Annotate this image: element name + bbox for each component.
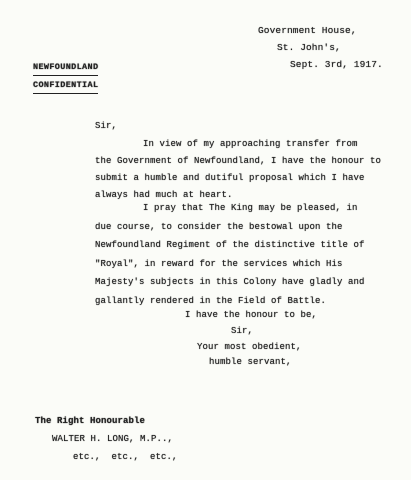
salutation: Sir,: [95, 121, 117, 132]
paragraph-2-line: "Royal", in reward for the services whic…: [95, 255, 395, 274]
classification-confidential: CONFIDENTIAL: [33, 80, 98, 94]
closing-line-sir: Sir,: [231, 326, 253, 337]
paragraph-1-line: the Government of Newfoundland, I have t…: [95, 153, 395, 170]
paragraph-2-line: gallantly rendered in the Field of Battl…: [95, 292, 395, 311]
classification-newfoundland: NEWFOUNDLAND: [33, 62, 98, 76]
closing-line-honour: I have the honour to be,: [185, 310, 317, 321]
letterhead-line-place: Government House,: [258, 25, 357, 36]
letterhead-line-date: Sept. 3rd, 1917.: [290, 59, 383, 70]
paragraph-2-line: due course, to consider the bestowal upo…: [95, 218, 395, 237]
paragraph-1: In view of my approaching transfer from …: [95, 136, 395, 204]
closing-line-servant: humble servant,: [209, 357, 292, 368]
paragraph-2-line: I pray that The King may be pleased, in: [95, 199, 395, 218]
addressee-title: The Right Honourable: [35, 416, 145, 427]
addressee-name: WALTER H. LONG, M.P..,: [52, 434, 173, 445]
addressee-etc: etc., etc., etc.,: [73, 452, 178, 463]
paragraph-2-line: Majesty's subjects in this Colony have g…: [95, 273, 395, 292]
closing-line-obedient: Your most obedient,: [197, 342, 302, 353]
paragraph-1-line: submit a humble and dutiful proposal whi…: [95, 170, 395, 187]
paragraph-2: I pray that The King may be pleased, in …: [95, 199, 395, 310]
letterhead-line-city: St. John's,: [277, 42, 341, 53]
letter-page: Government House, St. John's, Sept. 3rd,…: [0, 0, 411, 480]
paragraph-2-line: Newfoundland Regiment of the distinctive…: [95, 236, 395, 255]
paragraph-1-line: In view of my approaching transfer from: [95, 136, 395, 153]
